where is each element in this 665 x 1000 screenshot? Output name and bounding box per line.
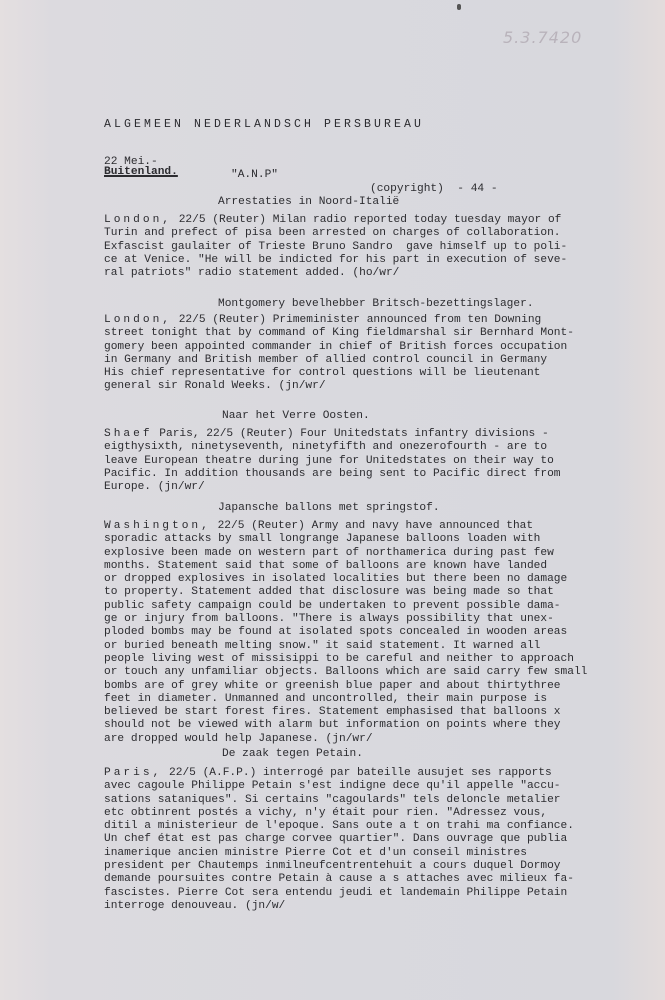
article-line: sporadic attacks by small longrange Japa…	[104, 533, 624, 546]
copyright-page-number: (copyright) - 44 -	[370, 183, 498, 196]
article-line: gomery been appointed commander in chief…	[104, 341, 624, 354]
article-line: are dropped would help Japanese. (jn/wr/	[104, 733, 624, 746]
ink-mark	[457, 4, 461, 10]
article-line: Exfascist gaulaiter of Trieste Bruno San…	[104, 241, 624, 254]
typewritten-page: 5.3.7420 ALGEMEEN NEDERLANDSCH PERSBUREA…	[0, 0, 665, 1000]
agency: "A.N.P"	[231, 169, 278, 182]
article-line: 22/5 (Reuter) Primeminister announced fr…	[172, 314, 541, 326]
archive-number: 5.3.7420	[503, 28, 582, 47]
article-line: eigthysixth, ninetyseventh, ninetyfifth …	[104, 441, 624, 454]
article-line: or dropped explosives in isolated locali…	[104, 573, 624, 586]
article-line: or touch any unfamiliar objects. Balloon…	[104, 666, 624, 679]
article-line: people living west of missisippi to be c…	[104, 653, 624, 666]
article-body: London, 22/5 (Reuter) Milan radio report…	[104, 214, 624, 280]
article-line: public safety campaign could be undertak…	[104, 600, 624, 613]
article-line: believed be start forest fires. Statemen…	[104, 706, 624, 719]
article-line: ditil a ministerieur de l'epoque. Sans o…	[104, 820, 624, 833]
article-body: Washington, 22/5 (Reuter) Army and navy …	[104, 520, 624, 746]
article-line: 22/5 (A.F.P.) interrogé par bateille aus…	[162, 767, 551, 779]
article-headline: Arrestaties in Noord-Italië	[218, 196, 399, 208]
article-place: London,	[104, 314, 172, 326]
article-line: explosive been made on western part of n…	[104, 547, 624, 560]
article-line: fascistes. Pierre Cot sera entendu jeudi…	[104, 887, 624, 900]
article-line: Un chef état est pas charge corvee quart…	[104, 833, 624, 846]
section-title: Buitenland.	[104, 166, 178, 179]
dateline: 22 Mei.- "A.N.P" (copyright) - 44 -	[104, 143, 624, 157]
article-line: Paris, 22/5 (Reuter) Four Unitedstats in…	[153, 428, 549, 440]
article-body: London, 22/5 (Reuter) Primeminister anno…	[104, 314, 624, 394]
article-line: 22/5 (Reuter) Army and navy have announc…	[211, 520, 533, 532]
article-body: Shaef Paris, 22/5 (Reuter) Four Unitedst…	[104, 428, 624, 494]
article-place: Paris,	[104, 767, 162, 779]
article-line: Turin and prefect of pisa been arrested …	[104, 227, 624, 240]
masthead: ALGEMEEN NEDERLANDSCH PERSBUREAU	[104, 118, 424, 131]
article-line: 22/5 (Reuter) Milan radio reported today…	[172, 214, 561, 226]
article-line: street tonight that by command of King f…	[104, 327, 624, 340]
article-line: demande poursuites contre Petain à cause…	[104, 873, 624, 886]
article-headline: Naar het Verre Oosten.	[222, 410, 370, 422]
article-line: avec cagoule Philippe Petain s'est indig…	[104, 780, 624, 793]
article-line: or buried beneath melting snow." it said…	[104, 640, 624, 653]
article-line: ce at Venice. "He will be indicted for h…	[104, 254, 624, 267]
article-line: ge or injury from balloons. "There is al…	[104, 613, 624, 626]
article-body: Paris, 22/5 (A.F.P.) interrogé par batei…	[104, 767, 624, 913]
article-place: Shaef	[104, 428, 153, 440]
article-headline: Japansche ballons met springstof.	[218, 502, 440, 514]
article-line: bombs are of grey white or greenish blue…	[104, 680, 624, 693]
article-line: feet in diameter. Unmanned and uncontrol…	[104, 693, 624, 706]
article-line: etc obtinrent postés a vichy, n'y était …	[104, 807, 624, 820]
article-line: ploded bombs may be found at isolated sp…	[104, 626, 624, 639]
article-line: Pacific. In addition thousands are being…	[104, 468, 624, 481]
article-place: London,	[104, 214, 172, 226]
article-line: in Germany and British member of allied …	[104, 354, 624, 367]
article-line: general sir Ronald Weeks. (jn/wr/	[104, 380, 624, 393]
article-line: ral patriots" radio statement added. (ho…	[104, 267, 624, 280]
article-line: months. Statement said that some of ball…	[104, 560, 624, 573]
article-line: Europe. (jn/wr/	[104, 481, 624, 494]
article-line: His chief representative for control que…	[104, 367, 624, 380]
article-line: sations sataniques". Si certains "cagoul…	[104, 794, 624, 807]
article-line: leave European theatre during june for U…	[104, 455, 624, 468]
article-place: Washington,	[104, 520, 211, 532]
article-line: president per Chautemps inmilneufcentren…	[104, 860, 624, 873]
article-line: inamerique ancien ministre Pierre Cot et…	[104, 847, 624, 860]
article-line: to property. Statement added that disclo…	[104, 586, 624, 599]
article-line: should not be viewed with alarm but info…	[104, 719, 624, 732]
article-headline: Montgomery bevelhebber Britsch-bezetting…	[218, 298, 534, 310]
article-headline: De zaak tegen Petain.	[222, 748, 363, 760]
article-line: interroge denouveau. (jn/w/	[104, 900, 624, 913]
